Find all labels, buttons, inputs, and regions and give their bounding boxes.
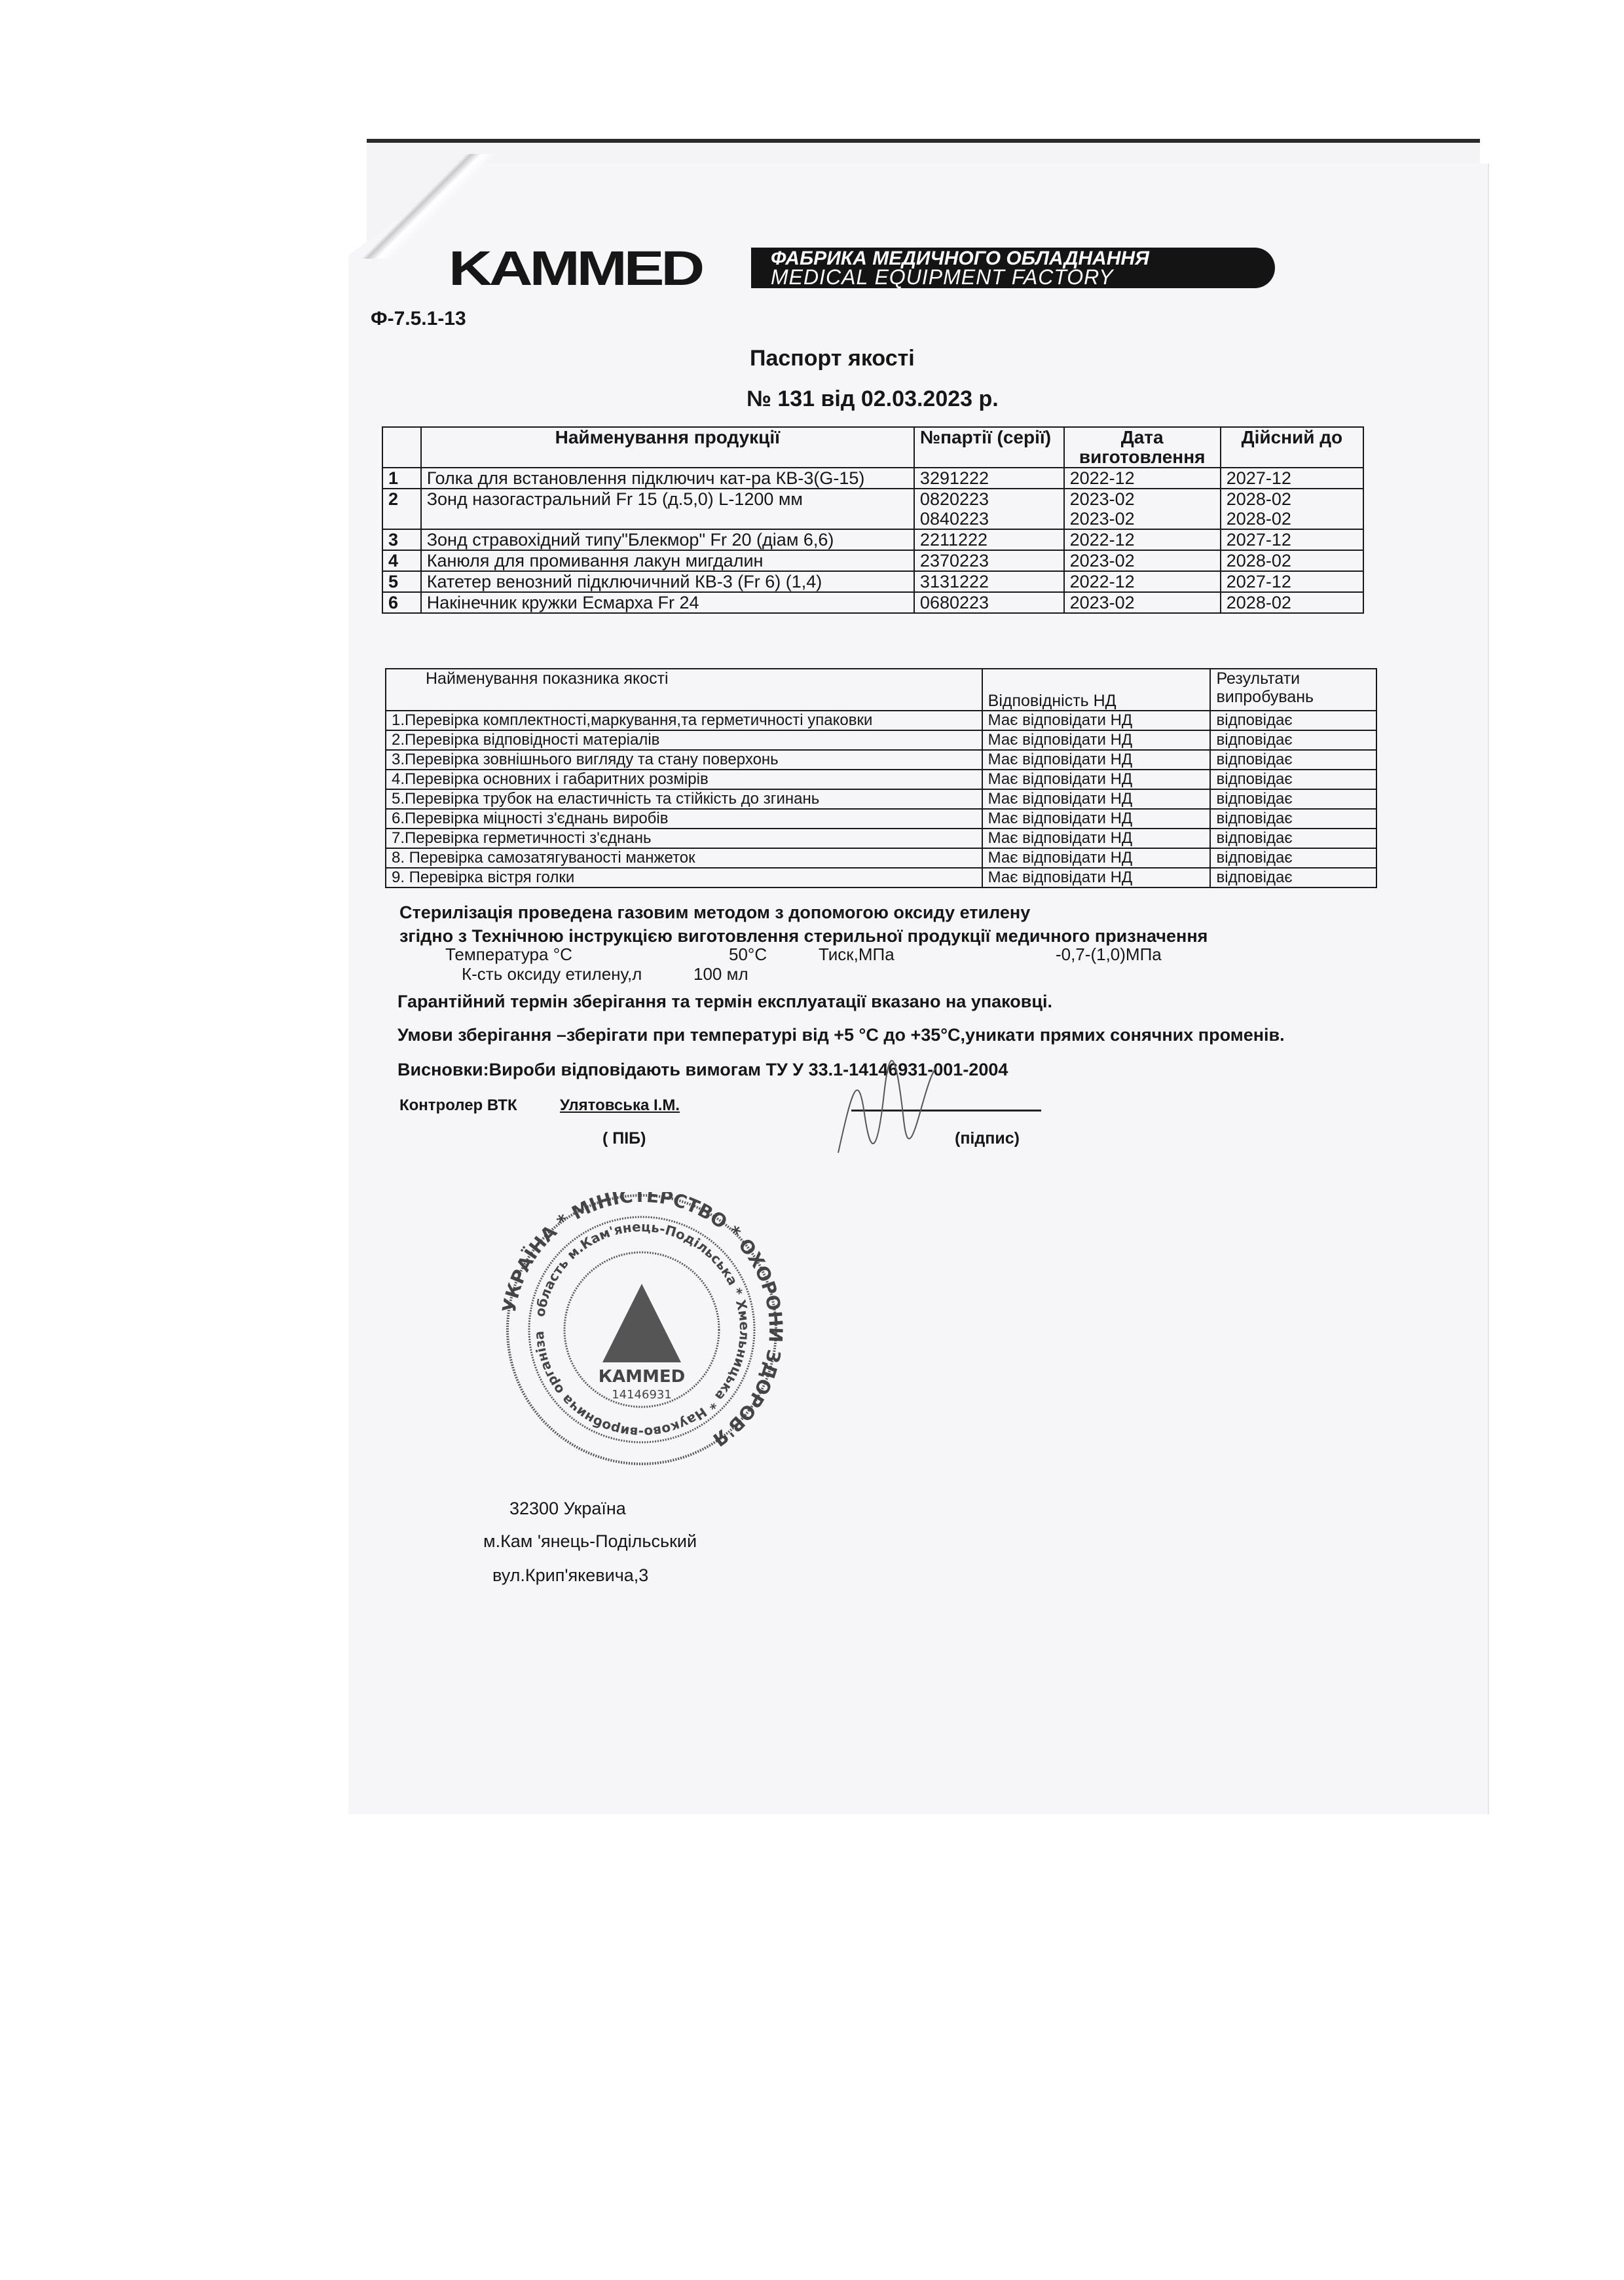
product-row: 1Голка для встановлення підключич кат-ра… bbox=[382, 468, 1363, 489]
eo-value: 100 мл bbox=[693, 964, 748, 984]
indicator-name: 8. Перевірка самозатягуваності манжеток bbox=[386, 848, 982, 868]
test-result: відповідає bbox=[1210, 711, 1376, 730]
product-name: Зонд назогастральний Fr 15 (д.5,0) L-120… bbox=[421, 489, 914, 529]
quality-row: 5.Перевірка трубок на еластичність та ст… bbox=[386, 789, 1376, 809]
product-row: 4Канюля для промивання лакун мигдалин237… bbox=[382, 550, 1363, 571]
valid-until: 2027-12 bbox=[1221, 571, 1363, 592]
controller-role: Контролер ВТК bbox=[399, 1096, 517, 1115]
batch-number: 0820223 0840223 bbox=[914, 489, 1064, 529]
indicator-name: 2.Перевірка відповідності матеріалів bbox=[386, 730, 982, 750]
product-row: 6Накінечник кружки Есмарха Fr 2406802232… bbox=[382, 592, 1363, 613]
indicator-name: 3.Перевірка зовнішнього вигляду та стану… bbox=[386, 750, 982, 770]
product-name: Голка для встановлення підключич кат-ра … bbox=[421, 468, 914, 489]
indicator-name: 6.Перевірка міцності з'єднань виробів bbox=[386, 809, 982, 829]
valid-until: 2028-02 2028-02 bbox=[1221, 489, 1363, 529]
signature-caption: (підпис) bbox=[955, 1129, 1020, 1148]
storage-note: Умови зберігання –зберігати при температ… bbox=[397, 1025, 1285, 1045]
sterilization-line-1: Стерилізація проведена газовим методом з… bbox=[399, 901, 1208, 924]
requirement: Має відповідати НД bbox=[982, 868, 1211, 888]
company-logo: KAMMED ФАБРИКА МЕДИЧНОГО ОБЛАДНАННЯ MEDI… bbox=[449, 242, 1280, 295]
product-row: 3Зонд стравохідний типу"Блекмор" Fr 20 (… bbox=[382, 529, 1363, 550]
warranty-note: Гарантійний термін зберігання та термін … bbox=[397, 992, 1052, 1012]
test-result: відповідає bbox=[1210, 848, 1376, 868]
quality-row: 7.Перевірка герметичності з'єднаньМає ві… bbox=[386, 829, 1376, 848]
quality-row: 2.Перевірка відповідності матеріалівМає … bbox=[386, 730, 1376, 750]
col-result: Результати випробувань bbox=[1210, 669, 1376, 711]
valid-until: 2027-12 bbox=[1221, 468, 1363, 489]
test-result: відповідає bbox=[1210, 770, 1376, 789]
document-title: Паспорт якості bbox=[750, 346, 915, 371]
document-number-date: № 131 від 02.03.2023 р. bbox=[747, 386, 999, 412]
test-result: відповідає bbox=[1210, 750, 1376, 770]
requirement: Має відповідати НД bbox=[982, 711, 1211, 730]
name-caption: ( ПІБ) bbox=[602, 1129, 646, 1148]
logo-banner: ФАБРИКА МЕДИЧНОГО ОБЛАДНАННЯ MEDICAL EQU… bbox=[751, 248, 1275, 288]
test-result: відповідає bbox=[1210, 730, 1376, 750]
products-table: Найменування продукції №партії (серії) Д… bbox=[382, 426, 1364, 614]
product-row: 2Зонд назогастральний Fr 15 (д.5,0) L-12… bbox=[382, 489, 1363, 529]
svg-text:14146931: 14146931 bbox=[612, 1388, 672, 1402]
batch-number: 3131222 bbox=[914, 571, 1064, 592]
indicator-name: 9. Перевірка вістря голки bbox=[386, 868, 982, 888]
indicator-name: 1.Перевірка комплектності,маркування,та … bbox=[386, 711, 982, 730]
quality-row: 3.Перевірка зовнішнього вигляду та стану… bbox=[386, 750, 1376, 770]
controller-name: Улятовська І.М. bbox=[560, 1096, 680, 1115]
batch-number: 2370223 bbox=[914, 550, 1064, 571]
product-name: Зонд стравохідний типу"Блекмор" Fr 20 (д… bbox=[421, 529, 914, 550]
col-num bbox=[382, 427, 421, 468]
requirement: Має відповідати НД bbox=[982, 809, 1211, 829]
col-batch: №партії (серії) bbox=[914, 427, 1064, 468]
logo-line-en: MEDICAL EQUIPMENT FACTORY bbox=[771, 267, 1113, 287]
product-row: 5Катетер венозний підключичний КВ-3 (Fr … bbox=[382, 571, 1363, 592]
address-line-2: м.Кам 'янець-Подільський bbox=[483, 1531, 697, 1552]
requirement: Має відповідати НД bbox=[982, 730, 1211, 750]
requirement: Має відповідати НД bbox=[982, 750, 1211, 770]
temp-value: 50°С bbox=[729, 944, 767, 965]
manufacture-date: 2022-12 bbox=[1064, 571, 1221, 592]
eo-label: К-сть оксиду етилену,л bbox=[462, 964, 642, 984]
test-result: відповідає bbox=[1210, 809, 1376, 829]
quality-row: 8. Перевірка самозатягуваності манжетокМ… bbox=[386, 848, 1376, 868]
temp-label: Температура °С bbox=[445, 944, 572, 965]
form-code: Ф-7.5.1-13 bbox=[371, 308, 466, 330]
indicator-name: 5.Перевірка трубок на еластичність та ст… bbox=[386, 789, 982, 809]
requirement: Має відповідати НД bbox=[982, 789, 1211, 809]
batch-number: 0680223 bbox=[914, 592, 1064, 613]
requirement: Має відповідати НД bbox=[982, 829, 1211, 848]
quality-row: 9. Перевірка вістря голкиМає відповідати… bbox=[386, 868, 1376, 888]
manufacture-date: 2022-12 bbox=[1064, 468, 1221, 489]
manufacture-date: 2023-02 2023-02 bbox=[1064, 489, 1221, 529]
quality-row: 4.Перевірка основних і габаритних розмір… bbox=[386, 770, 1376, 789]
test-result: відповідає bbox=[1210, 789, 1376, 809]
test-result: відповідає bbox=[1210, 829, 1376, 848]
pressure-value: -0,7-(1,0)МПа bbox=[1056, 944, 1162, 965]
svg-text:КАММЕD: КАММЕD bbox=[599, 1367, 685, 1387]
quality-table: Найменування показника якості Відповідні… bbox=[385, 668, 1377, 888]
batch-number: 2211222 bbox=[914, 529, 1064, 550]
row-number: 1 bbox=[382, 468, 421, 489]
product-name: Катетер венозний підключичний КВ-3 (Fr 6… bbox=[421, 571, 914, 592]
manufacture-date: 2023-02 bbox=[1064, 592, 1221, 613]
requirement: Має відповідати НД bbox=[982, 770, 1211, 789]
pressure-label: Тиск,МПа bbox=[819, 944, 895, 965]
products-header-row: Найменування продукції №партії (серії) Д… bbox=[382, 427, 1363, 468]
requirement: Має відповідати НД bbox=[982, 848, 1211, 868]
product-name: Накінечник кружки Есмарха Fr 24 bbox=[421, 592, 914, 613]
quality-row: 6.Перевірка міцності з'єднань виробівМає… bbox=[386, 809, 1376, 829]
address-line-3: вул.Крип'якевича,3 bbox=[492, 1565, 648, 1586]
sterilization-block: Стерилізація проведена газовим методом з… bbox=[399, 901, 1208, 948]
batch-number: 3291222 bbox=[914, 468, 1064, 489]
indicator-name: 4.Перевірка основних і габаритних розмір… bbox=[386, 770, 982, 789]
col-made: Дата виготовлення bbox=[1064, 427, 1221, 468]
handwritten-signature bbox=[812, 1055, 956, 1159]
row-number: 5 bbox=[382, 571, 421, 592]
col-valid: Дійсний до bbox=[1221, 427, 1363, 468]
quality-header-row: Найменування показника якості Відповідні… bbox=[386, 669, 1376, 711]
col-indicator: Найменування показника якості bbox=[386, 669, 982, 711]
test-result: відповідає bbox=[1210, 868, 1376, 888]
manufacture-date: 2023-02 bbox=[1064, 550, 1221, 571]
row-number: 3 bbox=[382, 529, 421, 550]
row-number: 2 bbox=[382, 489, 421, 529]
col-product-name: Найменування продукції bbox=[421, 427, 914, 468]
address-line-1: 32300 Україна bbox=[509, 1499, 626, 1519]
row-number: 6 bbox=[382, 592, 421, 613]
col-requirement: Відповідність НД bbox=[982, 669, 1211, 711]
official-stamp: УКРАЇНА * МІНІСТЕРСТВО * ОХОРОНИ ЗДОРОВ'… bbox=[485, 1192, 799, 1467]
logo-brand: KAMMED bbox=[449, 244, 701, 293]
manufacture-date: 2022-12 bbox=[1064, 529, 1221, 550]
row-number: 4 bbox=[382, 550, 421, 571]
product-name: Канюля для промивання лакун мигдалин bbox=[421, 550, 914, 571]
valid-until: 2028-02 bbox=[1221, 550, 1363, 571]
valid-until: 2028-02 bbox=[1221, 592, 1363, 613]
valid-until: 2027-12 bbox=[1221, 529, 1363, 550]
indicator-name: 7.Перевірка герметичності з'єднань bbox=[386, 829, 982, 848]
quality-row: 1.Перевірка комплектності,маркування,та … bbox=[386, 711, 1376, 730]
